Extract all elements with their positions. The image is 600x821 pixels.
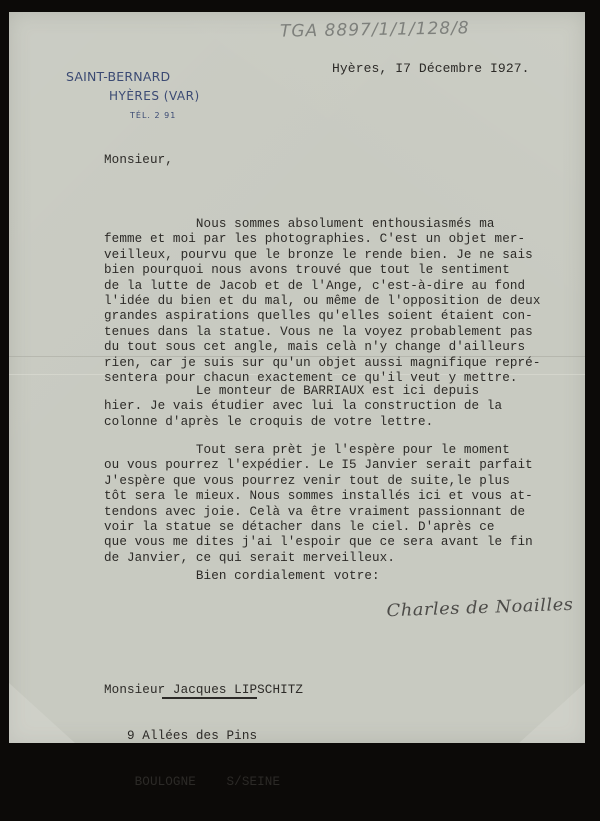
closing-line: Bien cordialement votre: xyxy=(104,569,380,584)
city-underline xyxy=(162,697,257,699)
date-line: Hyères, I7 Décembre I927. xyxy=(332,61,530,76)
body-paragraph-3: Tout sera prèt je l'espère pour le momen… xyxy=(104,443,533,566)
recipient-street: 9 Allées des Pins xyxy=(104,729,303,744)
handwritten-signature: Charles de Noailles xyxy=(386,595,574,622)
archive-reference: TGA 8897/1/1/128/8 xyxy=(280,18,470,41)
paper-corner-crease-right xyxy=(475,683,585,743)
body-paragraph-1: Nous sommes absolument enthousiasmés ma … xyxy=(104,217,540,386)
recipient-name: Monsieur Jacques LIPSCHITZ xyxy=(104,683,303,698)
paper-corner-crease-left xyxy=(9,683,119,743)
recipient-address: Monsieur Jacques LIPSCHITZ 9 Allées des … xyxy=(104,652,303,752)
letterhead-town: HYÈRES (VAR) xyxy=(109,89,200,103)
letterhead-phone: TÉL. 2 91 xyxy=(130,111,176,120)
salutation: Monsieur, xyxy=(104,153,173,168)
body-paragraph-2: Le monteur de BARRIAUX est ici depuis hi… xyxy=(104,384,502,430)
letter-page: TGA 8897/1/1/128/8 SAINT-BERNARD HYÈRES … xyxy=(9,12,585,743)
letterhead-name: SAINT-BERNARD xyxy=(66,69,170,84)
